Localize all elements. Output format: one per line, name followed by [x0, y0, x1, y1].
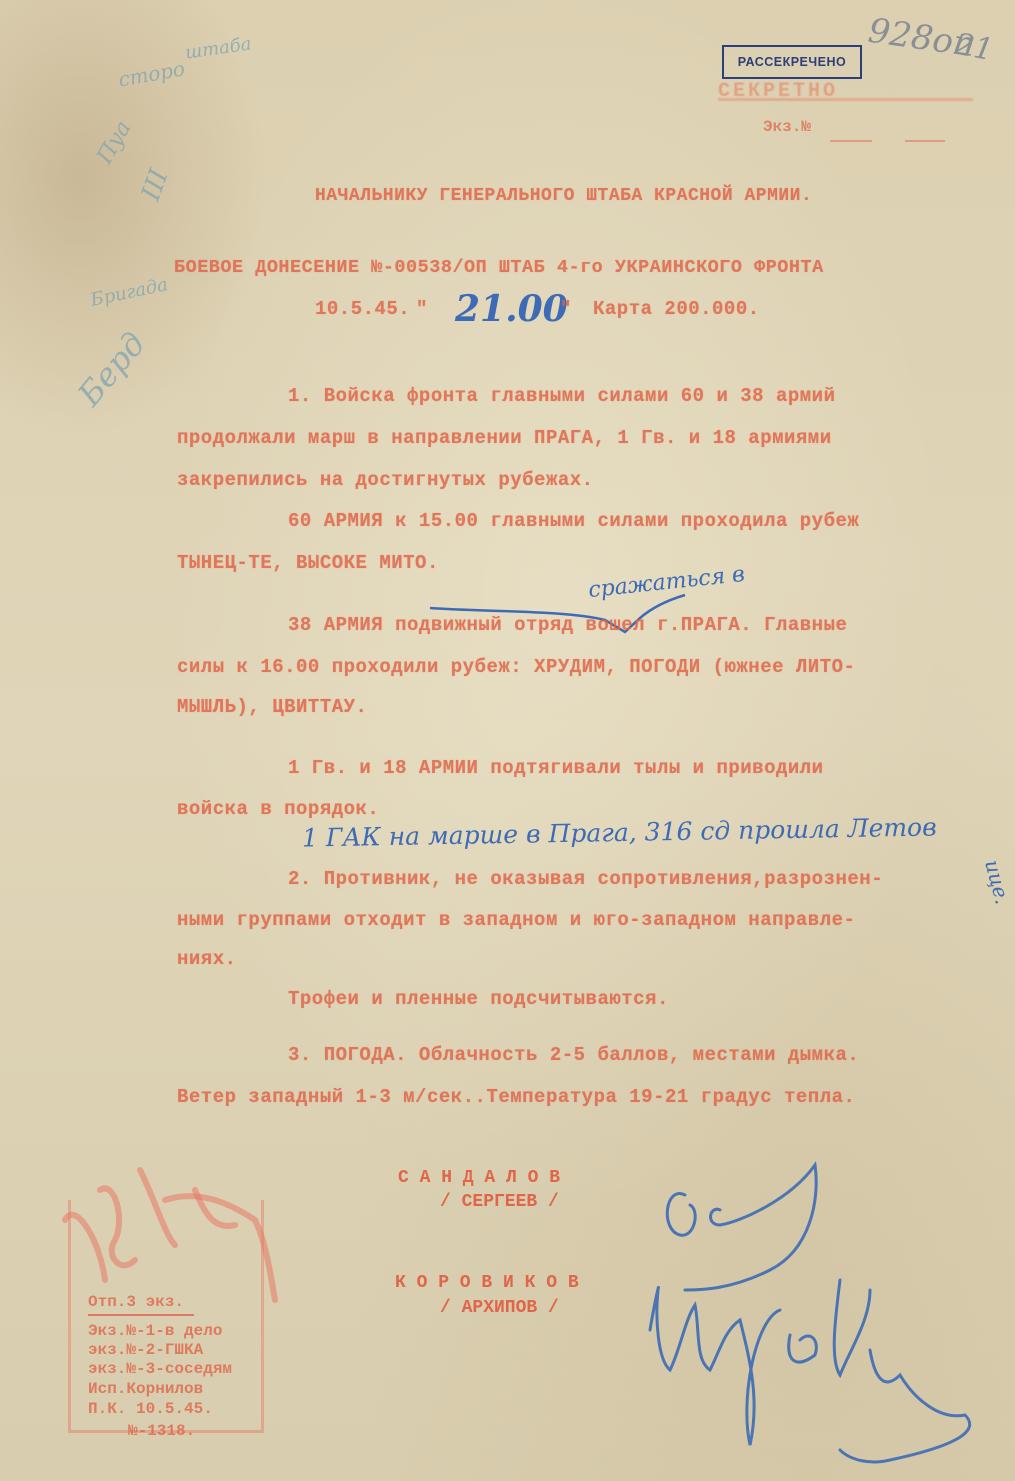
- margin-note-4: III: [136, 165, 175, 204]
- declassified-stamp: РАССЕКРЕЧЕНО: [722, 45, 862, 79]
- signatory-1-name: С А Н Д А Л О В: [398, 1168, 560, 1188]
- handwritten-corps-note-margin: ице.: [980, 857, 1015, 907]
- p2-line1: 60 АРМИЯ к 15.00 главными силами проходи…: [288, 510, 859, 532]
- addressee: НАЧАЛЬНИКУ ГЕНЕРАЛЬНОГО ШТАБА КРАСНОЙ АР…: [315, 186, 812, 206]
- handwritten-signature: [640, 1160, 1015, 1480]
- distribution-title: Отп.3 экз.: [88, 1291, 194, 1316]
- report-title: БОЕВОЕ ДОНЕСЕНИЕ №-00538/ОП ШТАБ 4-го УК…: [174, 257, 824, 278]
- p5-line1: 2. Противник, не оказывая сопротивления,…: [288, 868, 883, 890]
- margin-note-6: Берд: [70, 325, 153, 413]
- margin-note-2: сторо: [116, 56, 186, 91]
- p7-line1: 3. ПОГОДА. Облачность 2-5 баллов, местам…: [288, 1044, 859, 1066]
- p1-line2: продолжали марш в направлении ПРАГА, 1 Г…: [177, 427, 832, 449]
- margin-note-5: Бригада: [89, 274, 170, 311]
- map-scale: Карта 200.000.: [593, 298, 760, 320]
- signatory-2-name: К О Р О В И К О В: [395, 1273, 579, 1293]
- distribution-line-5: П.К. 10.5.45.: [88, 1398, 213, 1421]
- p4-line2: войска в порядок.: [177, 798, 379, 820]
- archive-ref-annotation-2: 21: [952, 27, 996, 68]
- p1-line1: 1. Войска фронта главными силами 60 и 38…: [288, 385, 836, 407]
- copy-number-label: Экз.№: [763, 118, 811, 136]
- p5-line2: ными группами отходит в западном и юго-з…: [177, 909, 855, 931]
- secrecy-underline: [718, 98, 973, 101]
- margin-note-3: Пуа: [92, 117, 136, 169]
- p7-line2: Ветер западный 1-3 м/сек..Температура 19…: [177, 1086, 855, 1108]
- distribution-title-text: Отп.3 экз.: [88, 1291, 194, 1316]
- p1-line3: закрепились на достигнутых рубежах.: [177, 469, 594, 491]
- p6-line1: Трофеи и пленные подсчитываются.: [288, 988, 669, 1010]
- distribution-line-6: №-1318.: [128, 1420, 195, 1443]
- signatory-2-sub: / АРХИПОВ /: [440, 1298, 559, 1318]
- handwritten-time: 21.00: [455, 288, 568, 330]
- p5-line3: ниях.: [177, 948, 237, 970]
- signatory-1-sub: / СЕРГЕЕВ /: [440, 1192, 559, 1212]
- time-quote-open: ": [416, 298, 428, 320]
- time-quote-close: ": [560, 298, 572, 320]
- p4-line1: 1 Гв. и 18 АРМИИ подтягивали тылы и прив…: [288, 757, 824, 779]
- copy-number-blank: [830, 140, 872, 142]
- handwritten-corps-note: 1 ГАК на марше в Прага, 316 сд прошла Ле…: [302, 812, 937, 852]
- p3-line3: МЫШЛЬ), ЦВИТТАУ.: [177, 696, 367, 718]
- copy-number-blank-2: [905, 140, 945, 142]
- margin-note-1: штаба: [184, 33, 253, 63]
- p3-line1: 38 АРМИЯ подвижный отряд вошел г.ПРАГА. …: [288, 614, 847, 636]
- declassified-stamp-text: РАССЕКРЕЧЕНО: [738, 55, 847, 69]
- p3-line2: силы к 16.00 проходили рубеж: ХРУДИМ, ПО…: [177, 656, 855, 678]
- report-date: 10.5.45.: [315, 298, 410, 320]
- p2-line2: ТЫНЕЦ-ТЕ, ВЫСОКЕ МИТО.: [177, 552, 439, 574]
